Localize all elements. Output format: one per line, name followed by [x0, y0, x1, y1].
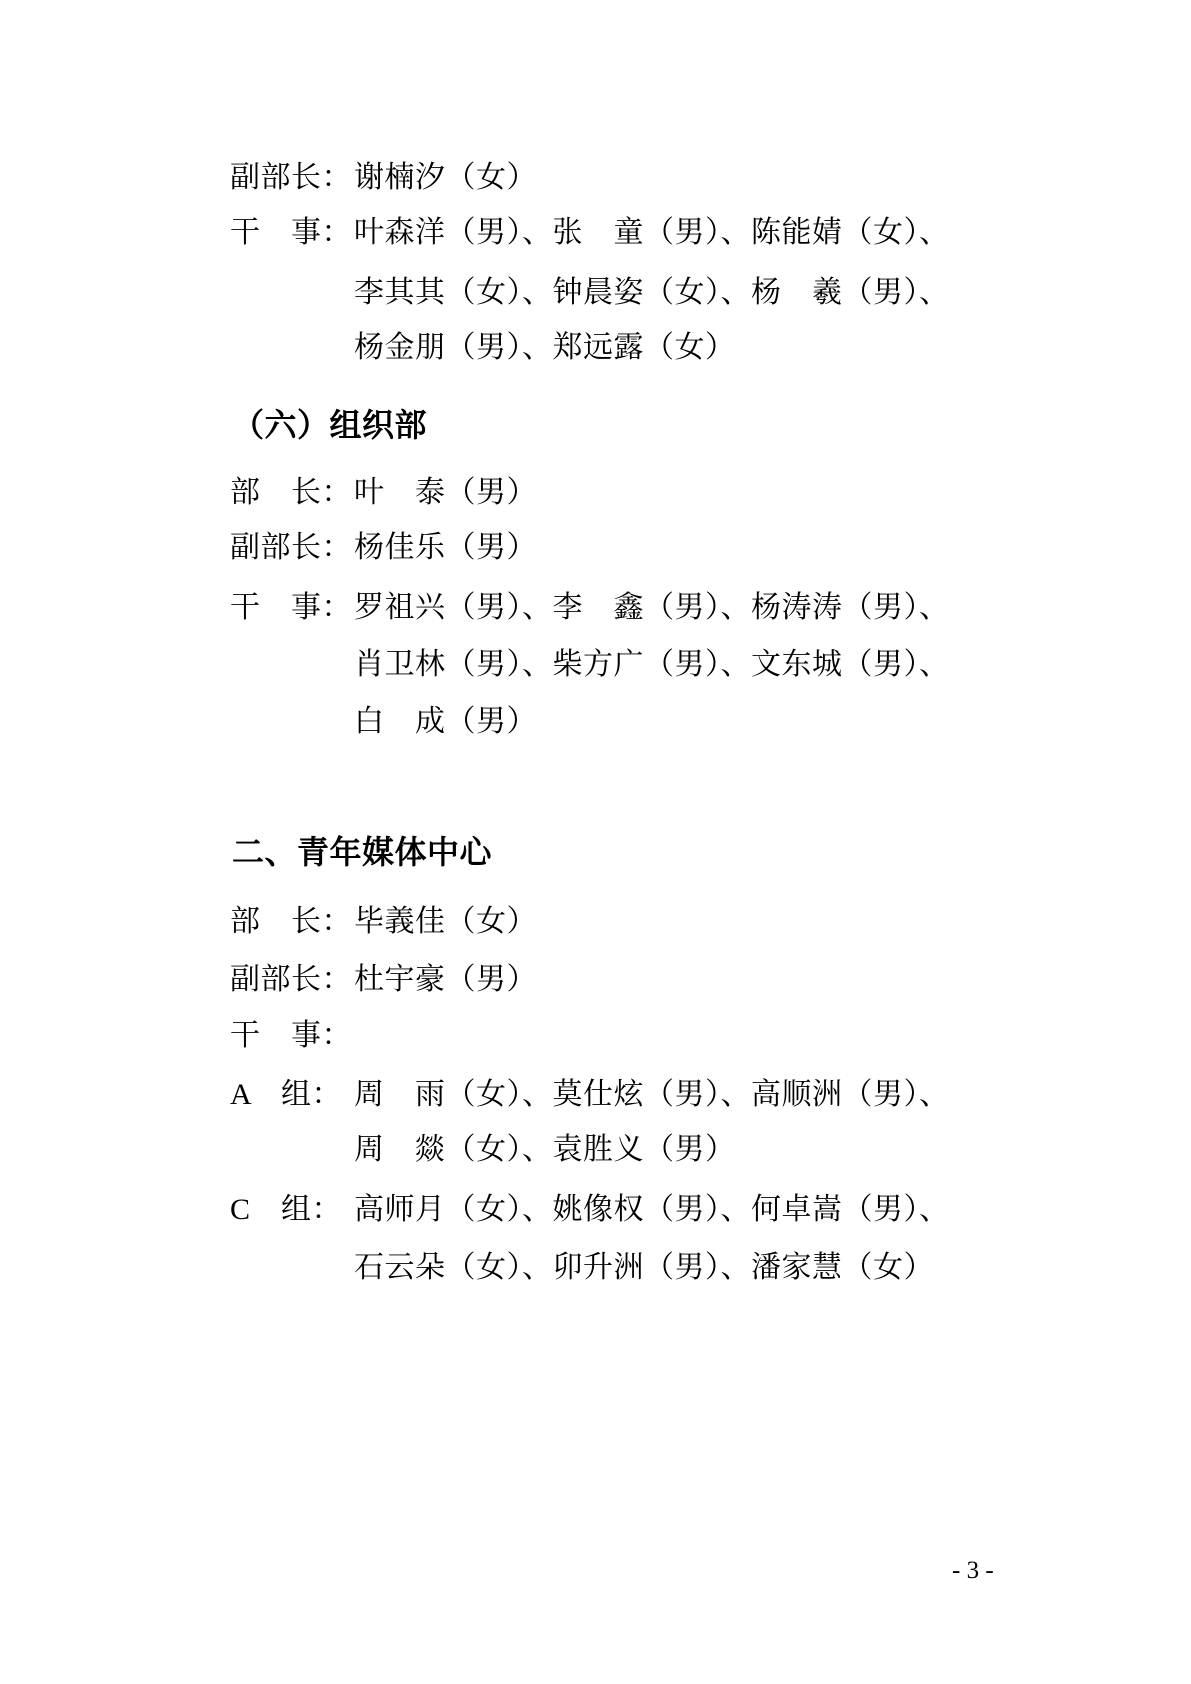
- row-staff: 干 事： 罗祖兴（男）、李 鑫（男）、杨涛涛（男）、: [230, 590, 950, 626]
- row-group-a-continuation: 周 燚（女）、袁胜义（男）: [354, 1132, 736, 1168]
- row-label: 副部长：: [230, 530, 354, 566]
- row-text: 杨佳乐（男）: [354, 530, 537, 566]
- row-text: 叶 泰（男）: [354, 475, 537, 511]
- row-staff-label-only: 干 事：: [230, 1018, 354, 1054]
- row-label: A 组：: [230, 1077, 354, 1113]
- page-number: - 3 -: [952, 1556, 994, 1586]
- row-label: C 组：: [230, 1192, 354, 1228]
- row-group-c-continuation: 石云朵（女）、卯升洲（男）、潘家慧（女）: [354, 1250, 934, 1286]
- row-label: 干 事：: [230, 215, 354, 251]
- row-text: 杜宇豪（男）: [354, 962, 537, 998]
- row-text: 肖卫林（男）、柴方广（男）、文东城（男）、: [354, 647, 950, 683]
- row-head: 部 长： 叶 泰（男）: [230, 475, 537, 511]
- row-text: 叶森洋（男）、张 童（男）、陈能婧（女）、: [354, 215, 950, 251]
- row-text: 石云朵（女）、卯升洲（男）、潘家慧（女）: [354, 1250, 934, 1286]
- row-label: 副部长：: [230, 962, 354, 998]
- row-text: 周 雨（女）、莫仕炫（男）、高顺洲（男）、: [354, 1077, 950, 1113]
- heading-youth-media-center: 二、青年媒体中心: [232, 834, 492, 870]
- row-group-a: A 组： 周 雨（女）、莫仕炫（男）、高顺洲（男）、: [230, 1077, 950, 1113]
- row-staff-continuation: 肖卫林（男）、柴方广（男）、文东城（男）、: [354, 647, 950, 683]
- row-label: 干 事：: [230, 1018, 354, 1054]
- row-text: 罗祖兴（男）、李 鑫（男）、杨涛涛（男）、: [354, 590, 950, 626]
- row-text: 李其其（女）、钟晨姿（女）、杨 羲（男）、: [354, 275, 950, 311]
- row-label: 部 长：: [230, 475, 354, 511]
- row-label: 副部长：: [230, 160, 354, 196]
- row-staff: 干 事： 叶森洋（男）、张 童（男）、陈能婧（女）、: [230, 215, 950, 251]
- row-deputy-head: 副部长： 杜宇豪（男）: [230, 962, 537, 998]
- row-staff-continuation: 杨金朋（男）、郑远露（女）: [354, 330, 736, 366]
- row-group-c: C 组： 高师月（女）、姚像权（男）、何卓嵩（男）、: [230, 1192, 950, 1228]
- row-label: 干 事：: [230, 590, 354, 626]
- row-text: 杨金朋（男）、郑远露（女）: [354, 330, 736, 366]
- row-text: 白 成（男）: [354, 704, 537, 740]
- row-label: 部 长：: [230, 904, 354, 940]
- row-text: 谢楠汐（女）: [354, 160, 537, 196]
- row-text: 毕義佳（女）: [354, 904, 537, 940]
- heading-organization-dept: （六）组织部: [232, 407, 427, 443]
- row-deputy-head: 副部长： 杨佳乐（男）: [230, 530, 537, 566]
- row-text: 高师月（女）、姚像权（男）、何卓嵩（男）、: [354, 1192, 950, 1228]
- row-head: 部 长： 毕義佳（女）: [230, 904, 537, 940]
- row-staff-continuation: 李其其（女）、钟晨姿（女）、杨 羲（男）、: [354, 275, 950, 311]
- row-staff-continuation: 白 成（男）: [354, 704, 537, 740]
- row-text: 周 燚（女）、袁胜义（男）: [354, 1132, 736, 1168]
- row-deputy-head: 副部长： 谢楠汐（女）: [230, 160, 537, 196]
- document-page: 副部长： 谢楠汐（女） 干 事： 叶森洋（男）、张 童（男）、陈能婧（女）、 李…: [0, 0, 1191, 1684]
